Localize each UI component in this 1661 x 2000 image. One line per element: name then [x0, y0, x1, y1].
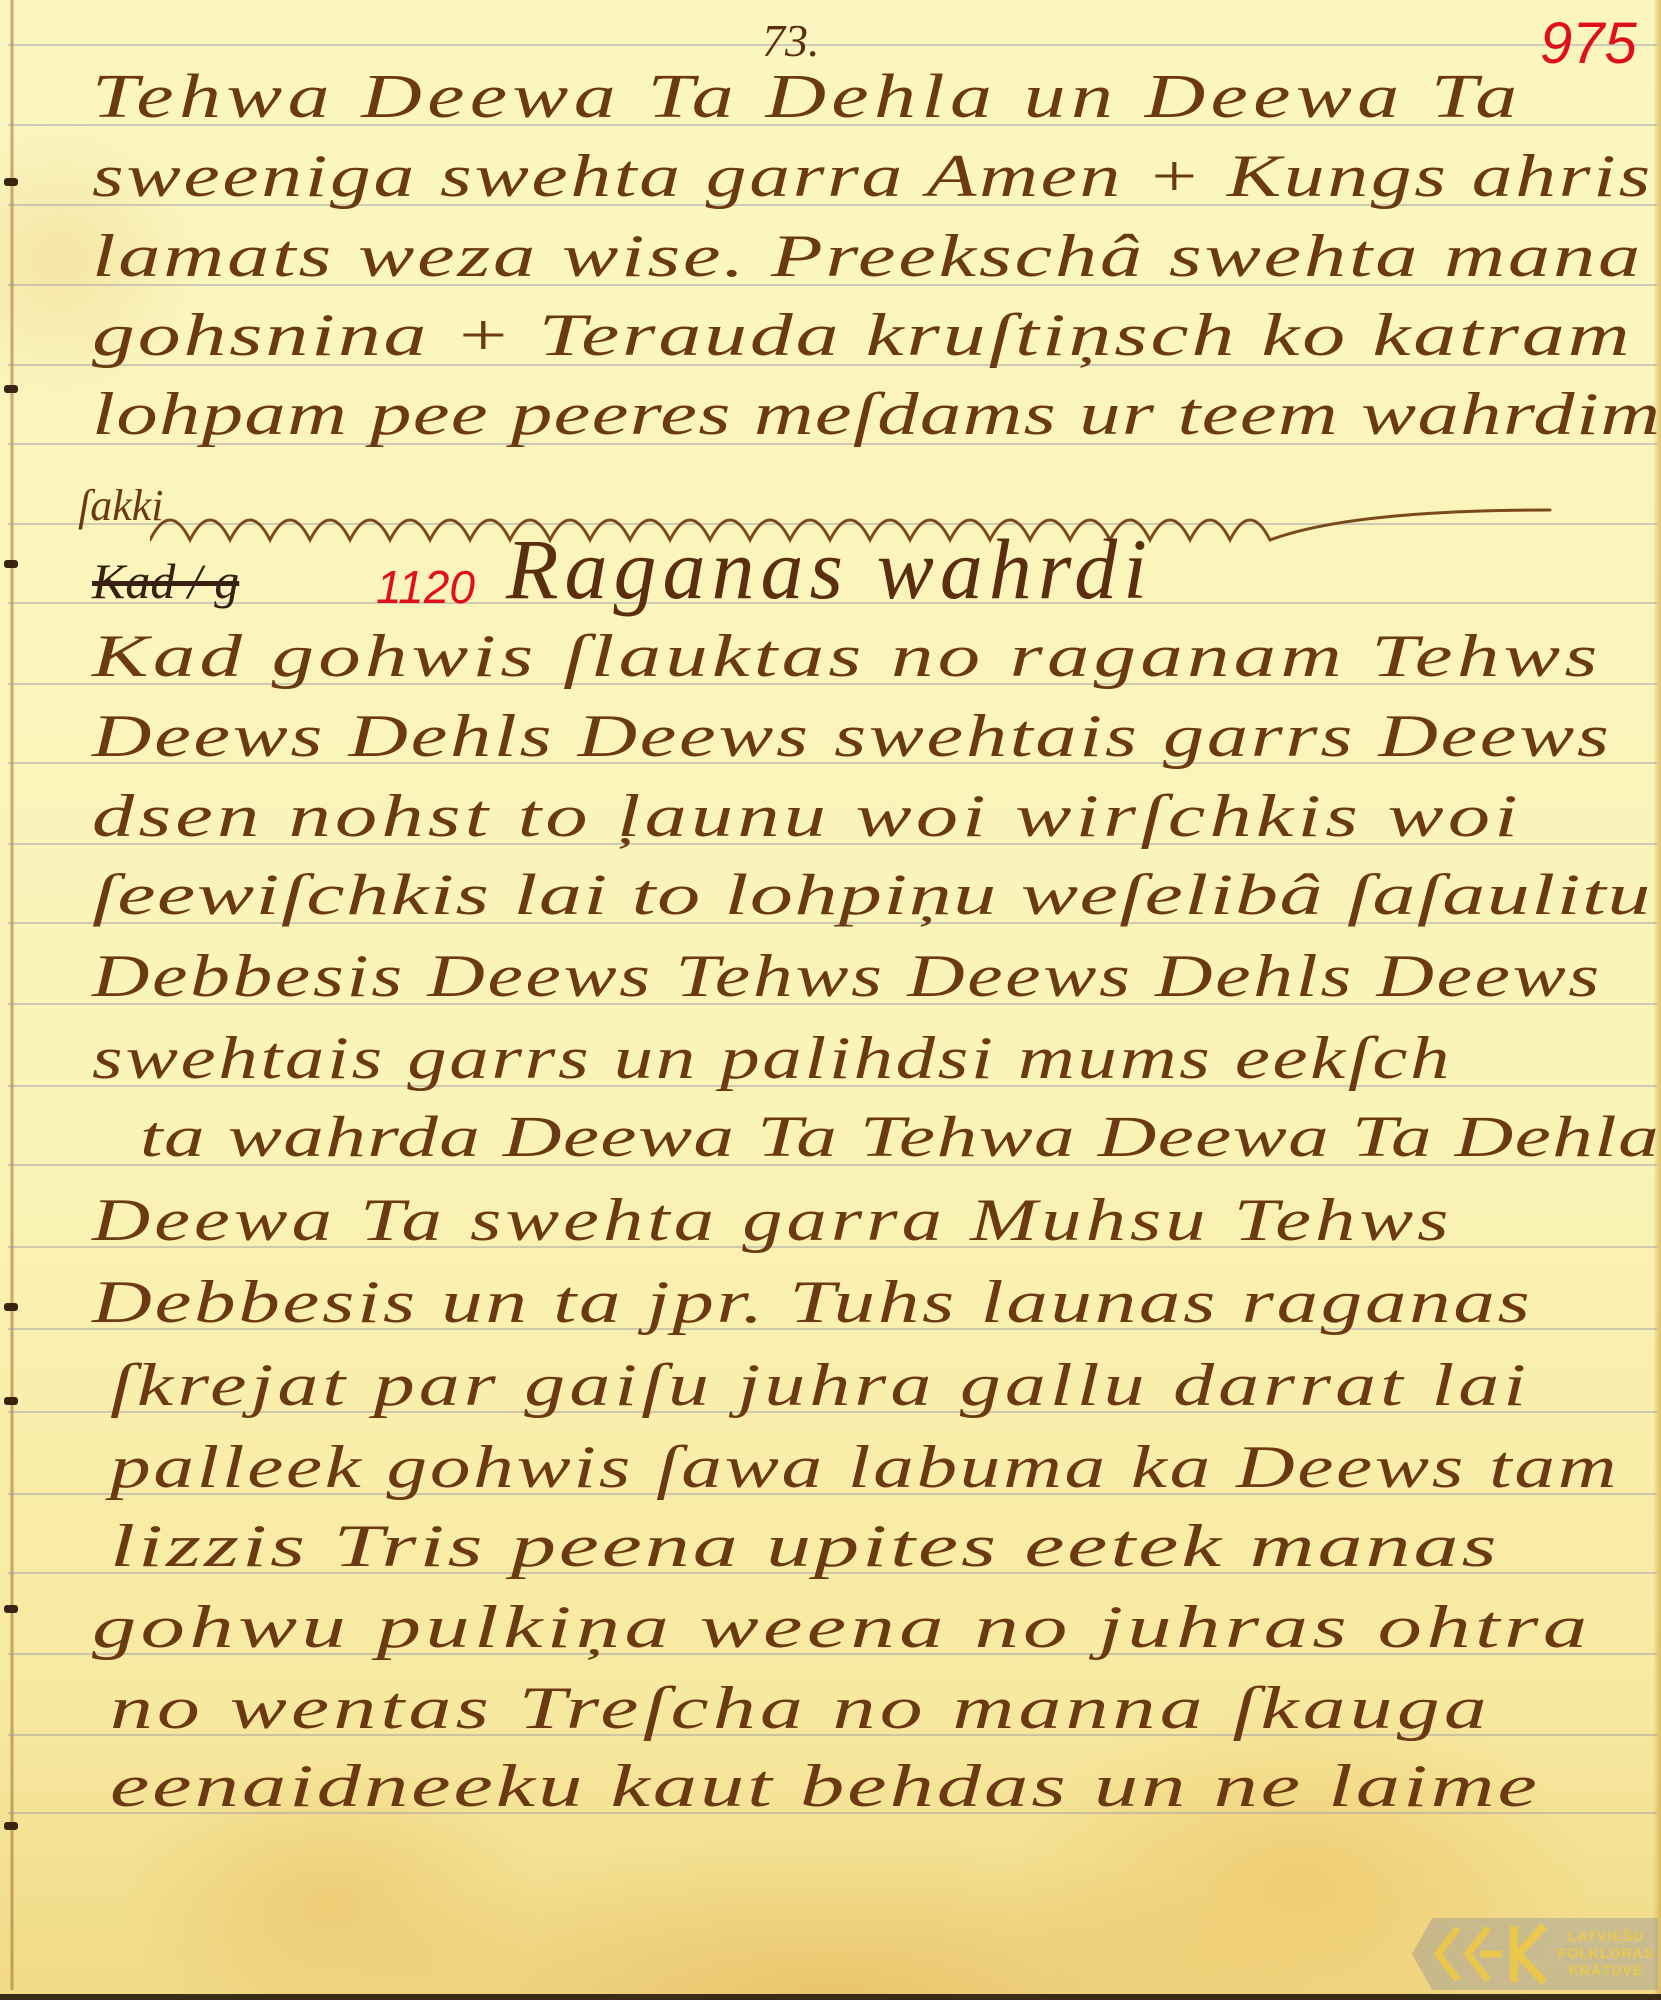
text-line: no wentas Treſcha no manna ſkauga	[110, 1678, 1491, 1738]
binding-stitch	[4, 1605, 18, 1613]
text-line: Kad gohwis ſlauktas no raganam Tehws	[92, 626, 1602, 686]
struck-note: Kad / g	[92, 552, 239, 610]
text-line: Debbesis un ta jpr. Tuhs launas raganas	[92, 1272, 1533, 1332]
text-line: ſeewiſchkis lai to lohpiņu weſelibâ ſaſa…	[92, 866, 1652, 924]
heading-red-number: 1120	[376, 560, 475, 614]
text-line: lamats weza wise. Preekschâ swehta mana	[92, 226, 1643, 286]
archive-number: 975	[1540, 10, 1637, 77]
section-heading: Raganas wahrdi	[506, 526, 1153, 612]
text-line: gohwu pulkiņa weena no juhras ohtra	[92, 1597, 1592, 1657]
binding-stitch	[4, 1822, 18, 1830]
text-line: ta wahrda Deewa Ta Tehwa Deewa Ta Dehla	[140, 1108, 1660, 1166]
logo-line: FOLKLORAS	[1556, 1945, 1656, 1962]
text-line: lohpam pee peeres meſdams ur teem wahrdi…	[92, 384, 1661, 444]
text-line: palleek gohwis ſawa labuma ka Deews tam	[110, 1437, 1619, 1497]
text-line: gohsnina + Terauda kruſtiņsch ko katram	[92, 305, 1632, 365]
text-line: Deewa Ta swehta garra Muhsu Tehws	[92, 1190, 1453, 1250]
text-line: Debbesis Deews Tehws Deews Dehls Deews	[92, 946, 1602, 1006]
logo-line: LATVIEŠU	[1556, 1928, 1656, 1945]
text-line: eenaidneeku kaut behdas un ne laime	[110, 1756, 1540, 1816]
logo-wordmark: LATVIEŠU FOLKLORAS KRĀTUVE	[1556, 1928, 1656, 1979]
binding-stitch	[4, 178, 18, 186]
binding-stitch	[4, 1303, 18, 1311]
text-line: dsen nohst to ļaunu woi wirſchkis woi	[92, 786, 1522, 846]
binding-margin-line	[10, 0, 14, 1990]
text-line: lizzis Tris peena upites eetek manas	[110, 1516, 1500, 1576]
ruled-line	[8, 44, 1657, 46]
logo-line: KRĀTUVE	[1556, 1962, 1656, 1979]
text-line: Tehwa Deewa Ta Dehla un Deewa Ta	[92, 66, 1523, 128]
text-line: swehtais garrs un palihdsi mums eekſch	[92, 1028, 1452, 1088]
page-bottom-edge	[0, 1994, 1661, 2000]
binding-stitch	[4, 385, 18, 393]
page-number: 73.	[762, 14, 820, 67]
text-line: ſkrejat par gaiſu juhra gallu darrat lai	[110, 1355, 1530, 1415]
page-right-edge	[1653, 0, 1661, 2000]
manuscript-page: 73. 975 Tehwa Deewa Ta Dehla un Deewa Ta…	[0, 0, 1661, 2000]
text-line: sweeniga swehta garra Amen + Kungs ahris	[92, 146, 1653, 206]
binding-stitch	[4, 1397, 18, 1405]
binding-stitch	[4, 560, 18, 568]
text-line: Deews Dehls Deews swehtais garrs Deews	[92, 706, 1612, 766]
